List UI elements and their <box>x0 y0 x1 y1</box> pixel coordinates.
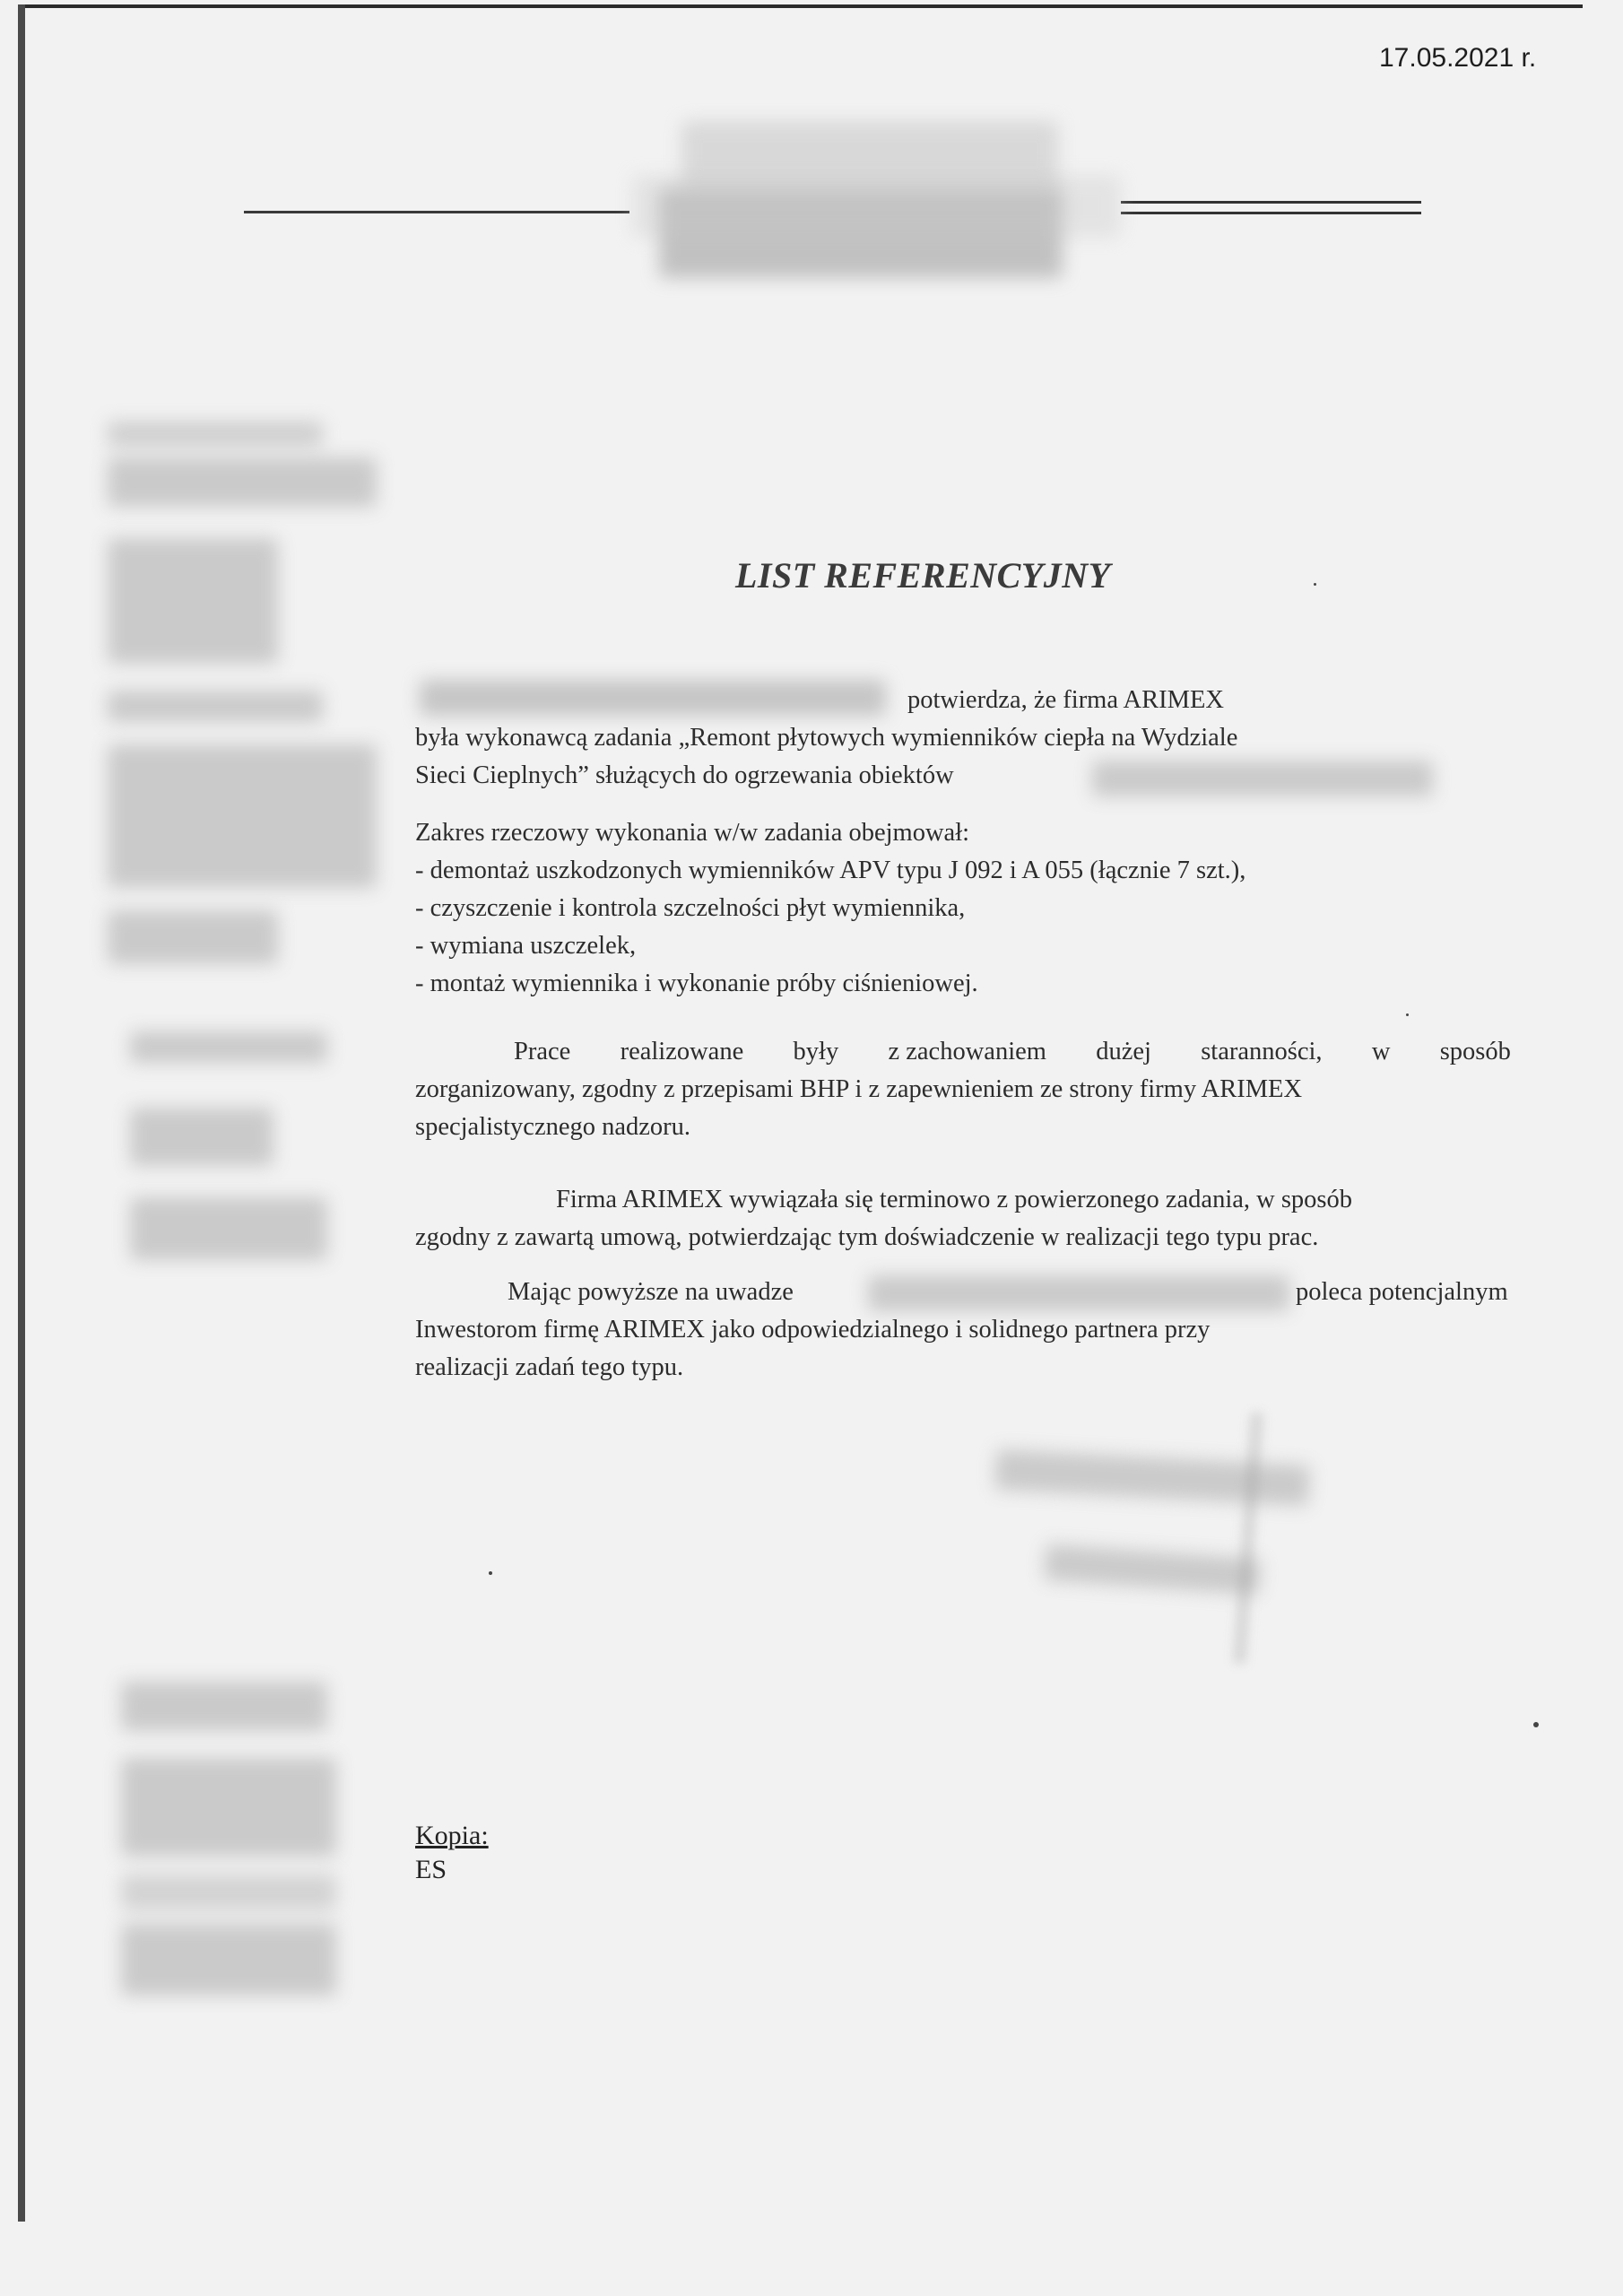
paragraph-4-line-2: Inwestorom firmę ARIMEX jako odpowiedzia… <box>415 1311 1210 1348</box>
scope-intro: Zakres rzeczowy wykonania w/w zadania ob… <box>415 814 969 851</box>
redacted-signature-line-1 <box>994 1449 1310 1506</box>
redacted-sidebar-block-5 <box>108 744 377 888</box>
copy-recipient: ES <box>415 1853 489 1887</box>
paragraph-4-line-1-start: Mając powyższe na uwadze <box>508 1274 794 1310</box>
copy-section: Kopia: ES <box>415 1819 489 1887</box>
redacted-sidebar-block-7 <box>130 1031 327 1063</box>
redacted-company-name-1 <box>420 680 886 716</box>
scan-speck <box>489 1571 492 1575</box>
redacted-sidebar-block-13 <box>121 1924 336 1996</box>
document-date: 17.05.2021 r. <box>1379 43 1536 74</box>
page-frame-left <box>18 4 25 2222</box>
paragraph-2-line-3: specjalistycznego nadzoru. <box>415 1109 690 1145</box>
scope-item: - montaż wymiennika i wykonanie próby ci… <box>415 965 978 1002</box>
paragraph-2-line-2: zorganizowany, zgodny z przepisami BHP i… <box>415 1071 1302 1108</box>
redacted-sidebar-block-12 <box>121 1874 336 1910</box>
page-frame-top <box>18 4 1583 8</box>
paragraph-3-line-1: Firma ARIMEX wywiązała się terminowo z p… <box>556 1181 1352 1218</box>
paragraph-1-line-1: potwierdza, że firma ARIMEX <box>907 682 1224 718</box>
letter-title: LIST REFERENCYJNY <box>735 554 1111 596</box>
redacted-sidebar-block-8 <box>130 1108 273 1166</box>
letterhead-rule-right-bottom <box>1121 212 1421 214</box>
paragraph-2-line-1: Prace realizowane były z zachowaniem duż… <box>514 1033 1511 1070</box>
letterhead-rule-right-top <box>1121 201 1421 204</box>
scope-item: - wymiana uszczelek, <box>415 927 636 964</box>
word: w <box>1372 1033 1391 1070</box>
redacted-company-name-2 <box>868 1275 1289 1311</box>
word: były <box>794 1033 839 1070</box>
paragraph-3-line-2: zgodny z zawartą umową, potwierdzając ty… <box>415 1219 1318 1256</box>
word: dużej <box>1096 1033 1151 1070</box>
redacted-sidebar-block-9 <box>130 1197 327 1260</box>
paragraph-1-line-3: Sieci Cieplnych” służących do ogrzewania… <box>415 757 954 794</box>
scan-speck <box>1406 1013 1409 1016</box>
redacted-letterhead-box <box>632 175 1121 238</box>
word: realizowane <box>621 1033 744 1070</box>
paragraph-1-line-2: była wykonawcą zadania „Remont płytowych… <box>415 719 1237 756</box>
redacted-sidebar-block-6 <box>108 910 278 964</box>
word: sposób <box>1440 1033 1511 1070</box>
redacted-sidebar-block-1 <box>108 422 323 447</box>
paragraph-4-line-1-end: poleca potencjalnym <box>1296 1274 1508 1310</box>
redacted-sidebar-block-3 <box>108 538 278 664</box>
redacted-sidebar-block-11 <box>121 1758 336 1857</box>
paragraph-4-line-3: realizacji zadań tego typu. <box>415 1349 683 1386</box>
letterhead-rule-left <box>244 211 629 213</box>
redacted-object-names <box>1092 761 1433 796</box>
word: Prace <box>514 1033 570 1070</box>
redacted-sidebar-block-4 <box>108 691 323 722</box>
scope-item: - demontaż uszkodzonych wymienników APV … <box>415 852 1245 889</box>
redacted-signature-line-2 <box>1044 1544 1261 1596</box>
scan-speck <box>1314 583 1316 586</box>
redacted-sidebar-block-10 <box>121 1682 327 1731</box>
word: staranności, <box>1201 1033 1322 1070</box>
copy-label: Kopia: <box>415 1819 489 1853</box>
scope-item: - czyszczenie i kontrola szczelności pły… <box>415 890 965 926</box>
word: z zachowaniem <box>888 1033 1046 1070</box>
scan-speck <box>1533 1722 1539 1727</box>
redacted-sidebar-block-2 <box>108 457 377 507</box>
signature-stroke <box>1233 1413 1263 1664</box>
